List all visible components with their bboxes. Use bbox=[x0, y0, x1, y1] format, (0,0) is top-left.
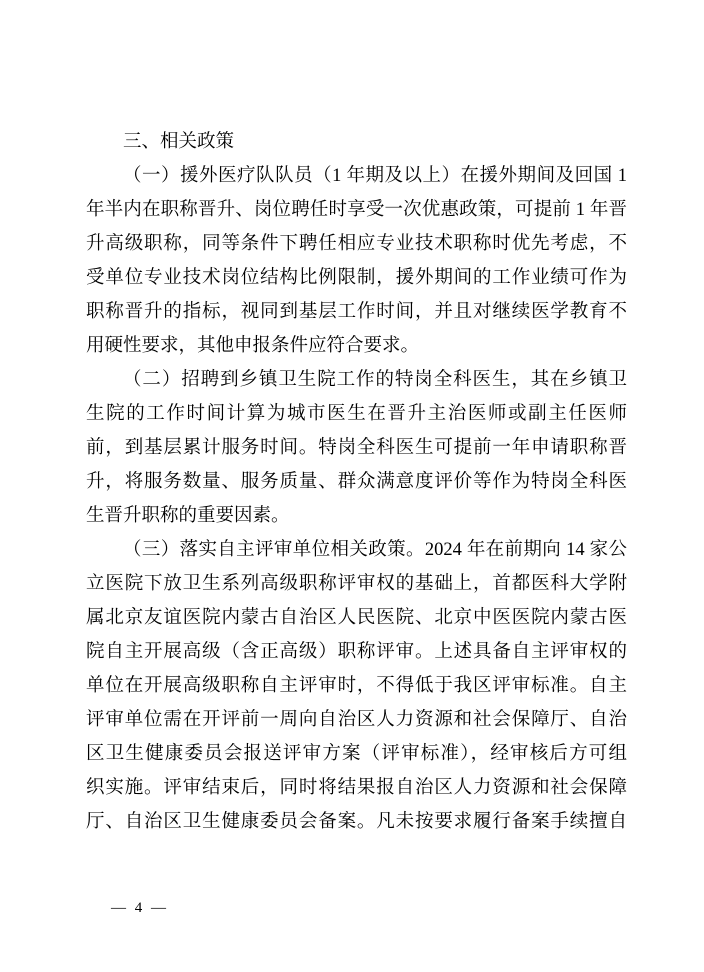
text-line: 用硬性要求，其他申报条件应符合要求。 bbox=[86, 329, 627, 363]
text-line: 织实施。评审结束后，同时将结果报自治区人力资源和社会保障 bbox=[86, 771, 627, 805]
text-line: （二）招聘到乡镇卫生院工作的特岗全科医生，其在乡镇卫 bbox=[86, 363, 627, 397]
text-line: 院自主开展高级（含正高级）职称评审。上述具备自主评审权的 bbox=[86, 635, 627, 669]
section-heading: 三、相关政策 bbox=[86, 125, 627, 159]
page-number: — 4 — bbox=[111, 897, 167, 919]
document-page: 三、相关政策 （一）援外医疗队队员（1 年期及以上）在援外期间及回国 1 年半内… bbox=[86, 125, 627, 839]
text-line: （三）落实自主评审单位相关政策。2024 年在前期向 14 家公 bbox=[86, 533, 627, 567]
text-line: 属北京友谊医院内蒙古自治区人民医院、北京中医医院内蒙古医 bbox=[86, 601, 627, 635]
paragraph-1: （一）援外医疗队队员（1 年期及以上）在援外期间及回国 1 年半内在职称晋升、岗… bbox=[86, 159, 627, 363]
text-line: 立医院下放卫生系列高级职称评审权的基础上，首都医科大学附 bbox=[86, 567, 627, 601]
text-line: 区卫生健康委员会报送评审方案（评审标准），经审核后方可组 bbox=[86, 737, 627, 771]
text-line: 前，到基层累计服务时间。特岗全科医生可提前一年申请职称晋 bbox=[86, 431, 627, 465]
text-line: （一）援外医疗队队员（1 年期及以上）在援外期间及回国 1 bbox=[86, 159, 627, 193]
text-line: 生院的工作时间计算为城市医生在晋升主治医师或副主任医师 bbox=[86, 397, 627, 431]
text-line: 单位在开展高级职称自主评审时，不得低于我区评审标准。自主 bbox=[86, 669, 627, 703]
text-line: 年半内在职称晋升、岗位聘任时享受一次优惠政策，可提前 1 年晋 bbox=[86, 193, 627, 227]
text-line: 评审单位需在开评前一周向自治区人力资源和社会保障厅、自治 bbox=[86, 703, 627, 737]
paragraph-3: （三）落实自主评审单位相关政策。2024 年在前期向 14 家公 立医院下放卫生… bbox=[86, 533, 627, 839]
text-line: 升高级职称，同等条件下聘任相应专业技术职称时优先考虑，不 bbox=[86, 227, 627, 261]
text-line: 职称晋升的指标，视同到基层工作时间，并且对继续医学教育不 bbox=[86, 295, 627, 329]
text-line: 生晋升职称的重要因素。 bbox=[86, 499, 627, 533]
text-line: 受单位专业技术岗位结构比例限制，援外期间的工作业绩可作为 bbox=[86, 261, 627, 295]
paragraph-2: （二）招聘到乡镇卫生院工作的特岗全科医生，其在乡镇卫 生院的工作时间计算为城市医… bbox=[86, 363, 627, 533]
text-line: 厅、自治区卫生健康委员会备案。凡未按要求履行备案手续擅自 bbox=[86, 805, 627, 839]
text-line: 升，将服务数量、服务质量、群众满意度评价等作为特岗全科医 bbox=[86, 465, 627, 499]
